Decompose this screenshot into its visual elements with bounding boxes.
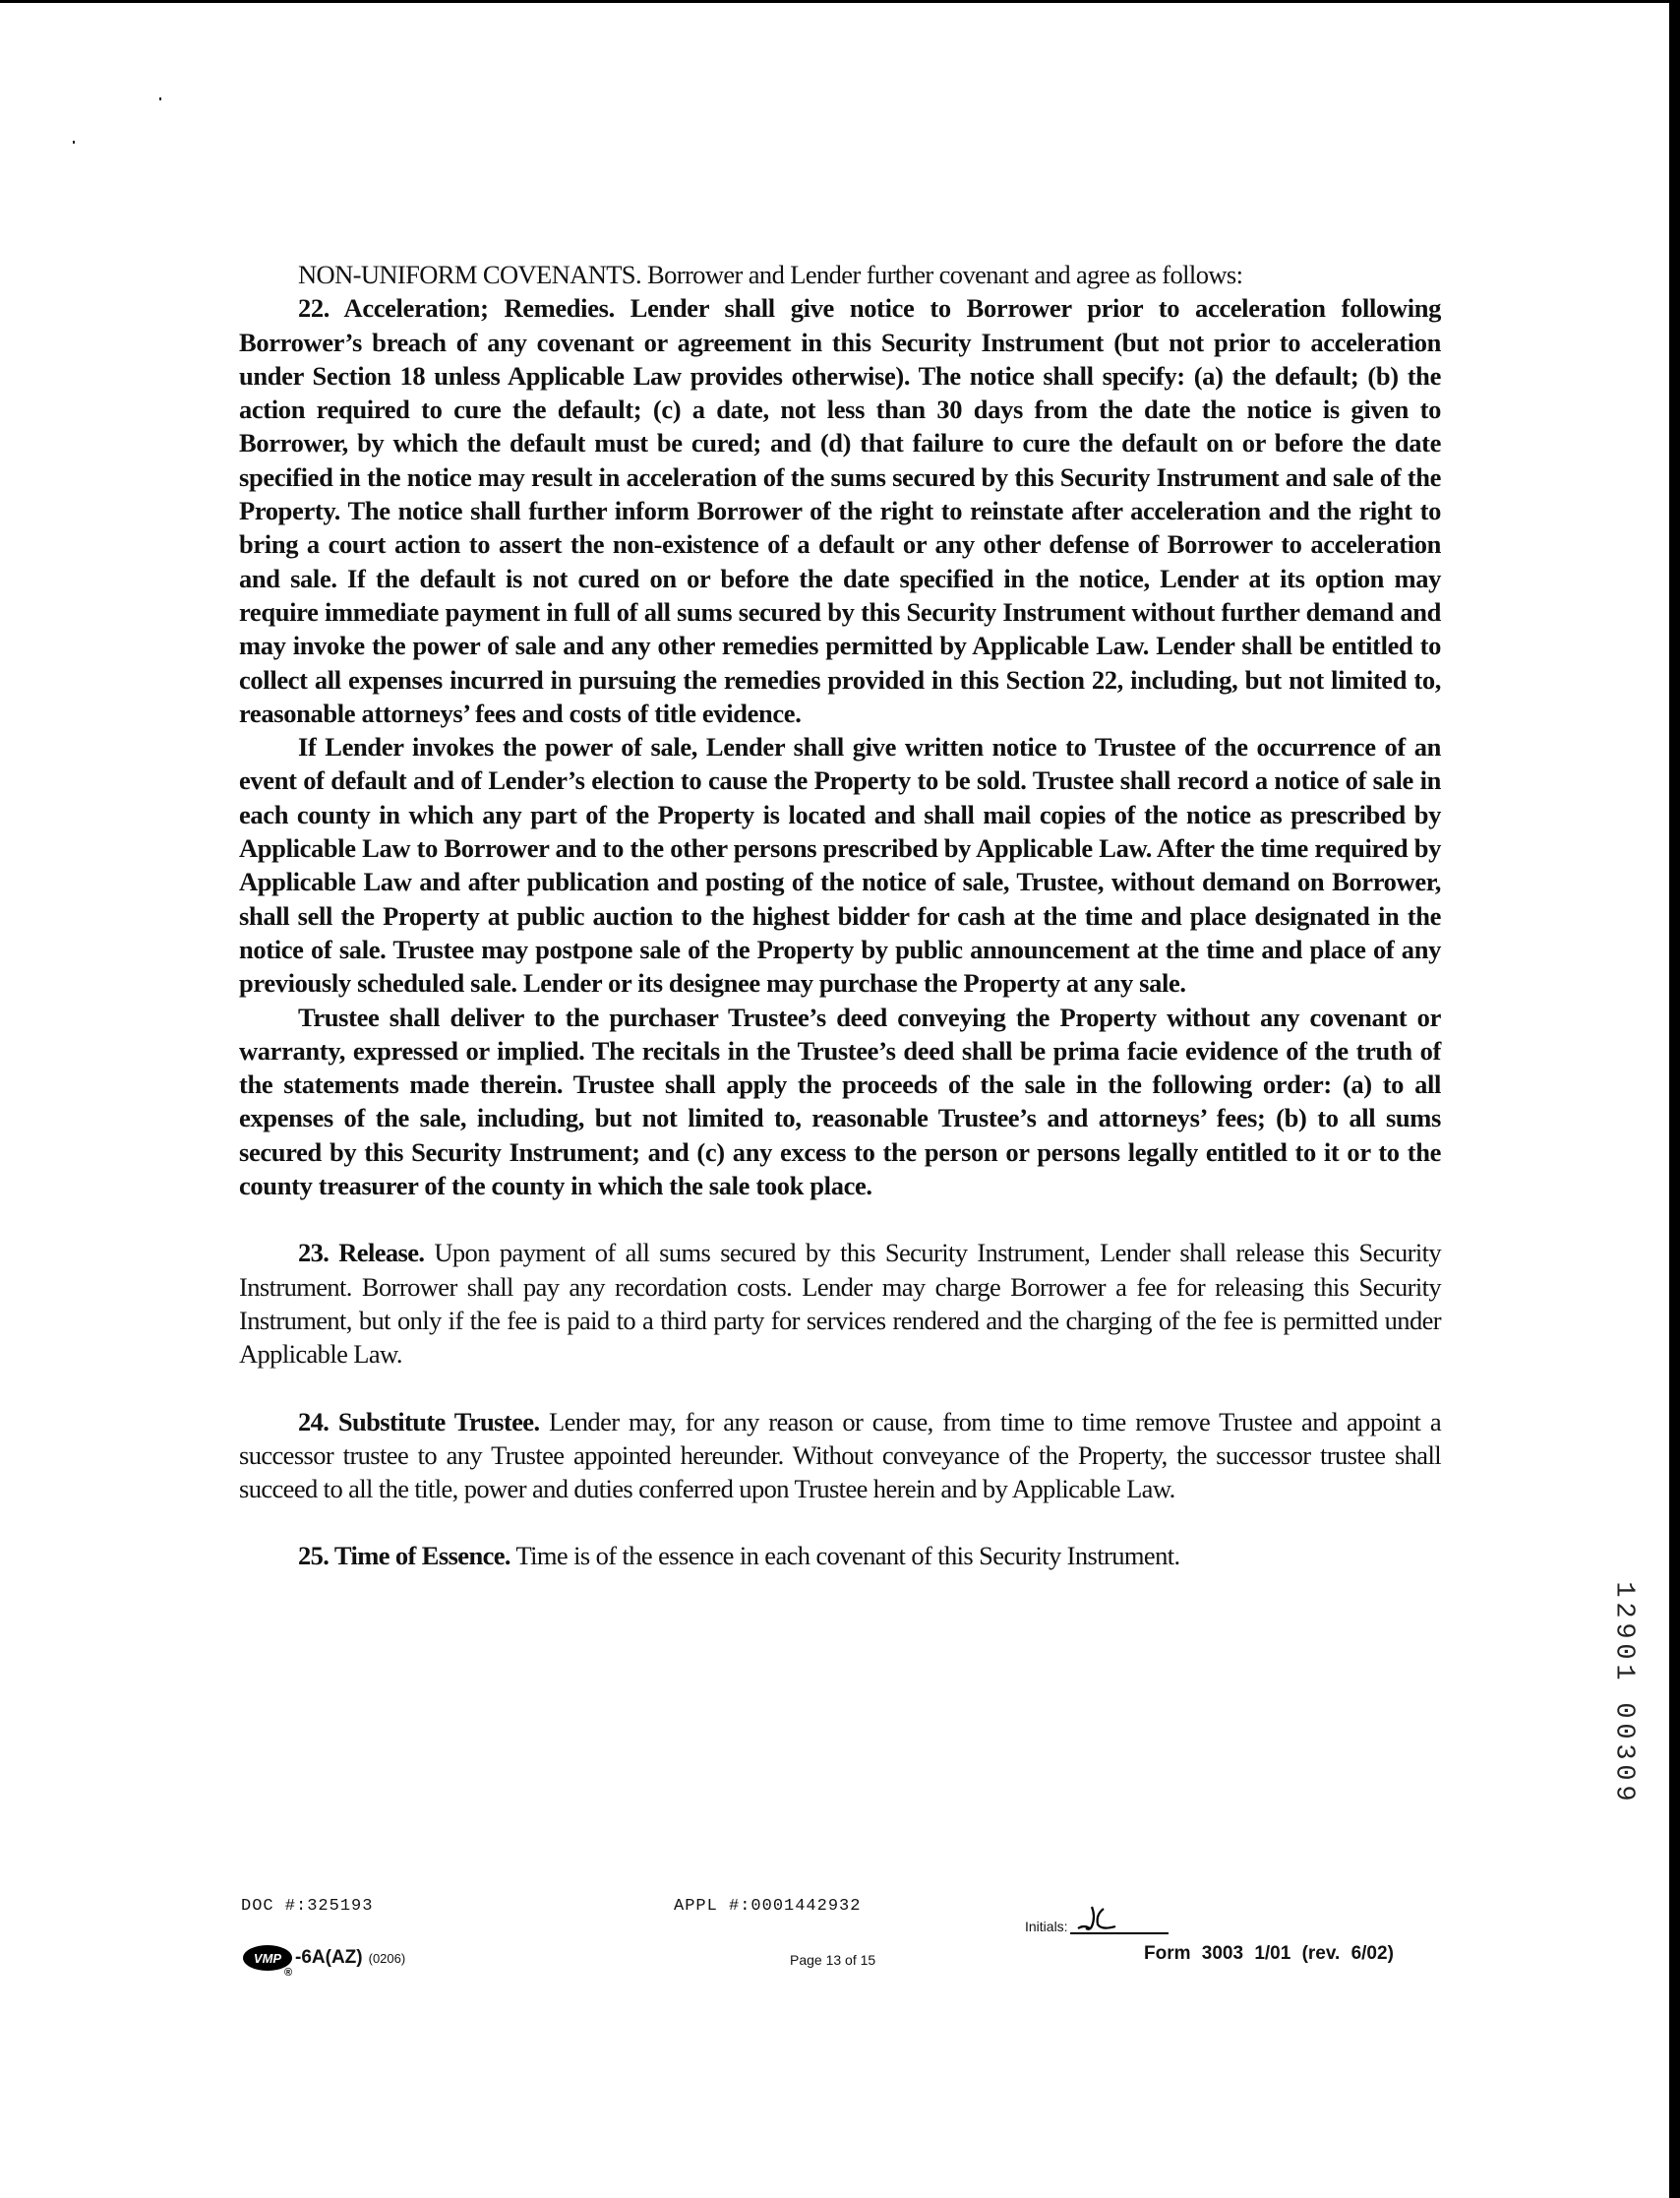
section-23-heading: 23. Release. <box>298 1238 424 1267</box>
initials-field: Initials: <box>1025 1911 1169 1934</box>
spacer <box>239 1202 1441 1236</box>
scan-speck <box>73 141 75 144</box>
spacer <box>239 1505 1441 1539</box>
document-body: NON-UNIFORM COVENANTS. Borrower and Lend… <box>239 258 1441 1573</box>
section-22-heading: 22. Acceleration; Remedies. <box>298 293 615 323</box>
vmp-form-code: VMP ® -6A(AZ) (0206) <box>243 1945 405 1971</box>
section-25-time-of-essence: 25. Time of Essence. Time is of the esse… <box>239 1539 1441 1572</box>
form-code: -6A(AZ) <box>295 1947 363 1969</box>
handwritten-initials-icon <box>1076 1903 1125 1932</box>
side-recording-stamp: 1 2 9 0 1 0 0 3 0 9 <box>1605 1579 1641 1803</box>
initials-signature-line <box>1070 1911 1169 1934</box>
non-uniform-covenants-intro: NON-UNIFORM COVENANTS. Borrower and Lend… <box>239 258 1441 291</box>
vmp-logo-text: VMP <box>254 1951 281 1966</box>
spacer <box>239 1372 1441 1405</box>
section-22-body: Lender shall give notice to Borrower pri… <box>239 293 1441 728</box>
section-25-heading: 25. Time of Essence. <box>298 1541 510 1570</box>
section-24-substitute-trustee: 24. Substitute Trustee. Lender may, for … <box>239 1405 1441 1506</box>
section-22-trustee-deed: Trustee shall deliver to the purchaser T… <box>239 1001 1441 1203</box>
doc-number: DOC #:325193 <box>241 1897 373 1916</box>
stamp-digit: 9 <box>1613 1776 1634 1811</box>
scan-speck <box>159 97 161 100</box>
stamp-digit: 1 <box>1613 1655 1634 1690</box>
appl-number: APPL #:0001442932 <box>674 1897 861 1916</box>
form-identifier: Form 3003 1/01 (rev. 6/02) <box>1144 1943 1394 1965</box>
section-22-power-of-sale: If Lender invokes the power of sale, Len… <box>239 730 1441 1000</box>
scan-top-border <box>0 0 1680 3</box>
section-23-release: 23. Release. Upon payment of all sums se… <box>239 1236 1441 1371</box>
form-revision-code: (0206) <box>369 1951 406 1966</box>
section-22-acceleration-remedies: 22. Acceleration; Remedies. Lender shall… <box>239 291 1441 730</box>
vmp-logo-icon: VMP ® <box>243 1945 292 1971</box>
section-25-body: Time is of the essence in each covenant … <box>516 1541 1180 1570</box>
scan-right-border <box>1669 0 1680 2198</box>
registered-mark: ® <box>284 1967 292 1979</box>
section-24-heading: 24. Substitute Trustee. <box>298 1407 539 1436</box>
page-number: Page 13 of 15 <box>790 1952 875 1968</box>
initials-label: Initials: <box>1025 1919 1068 1934</box>
